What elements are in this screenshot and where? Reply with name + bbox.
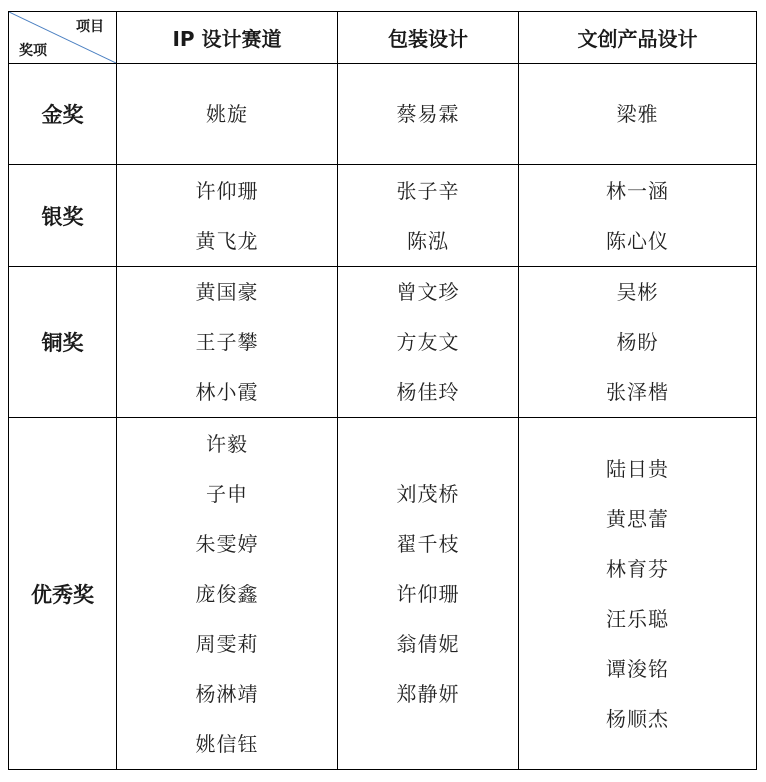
cell-bronze-ip: 黄国豪 王子攀 林小霞 [117,267,338,418]
corner-header-cell: 项目 奖项 [9,12,117,64]
winner-name: 周雯莉 [196,619,259,669]
column-header-cultural: 文创产品设计 [519,12,757,64]
cell-excellent-cultural: 陆日贵 黄思蕾 林育芬 汪乐聪 谭浚铭 杨顺杰 [519,418,757,770]
award-label-gold: 金奖 [9,64,117,165]
winner-name: 黄飞龙 [196,216,259,266]
award-label-excellent: 优秀奖 [9,418,117,770]
winner-name: 许仰珊 [196,166,259,216]
winner-name: 庞俊鑫 [196,569,259,619]
winner-name: 子申 [206,469,248,519]
cell-gold-cultural: 梁雅 [519,64,757,165]
winner-name: 刘茂桥 [397,469,460,519]
table-row-bronze: 铜奖 黄国豪 王子攀 林小霞 曾文珍 方友文 杨佳玲 吴彬 杨盼 张泽楷 [9,267,757,418]
corner-label-award: 奖项 [19,40,47,60]
winner-name: 汪乐聪 [606,594,669,644]
winner-name: 姚信钰 [196,719,259,769]
winner-name: 杨顺杰 [606,694,669,744]
winner-name: 林一涵 [606,166,669,216]
winner-name: 杨佳玲 [397,367,460,417]
cell-bronze-packaging: 曾文珍 方友文 杨佳玲 [338,267,519,418]
cell-silver-packaging: 张子辛 陈泓 [338,165,519,267]
winner-name: 陈泓 [407,216,449,266]
winner-name: 姚旋 [206,89,248,139]
winner-name: 杨淋靖 [196,669,259,719]
winner-name: 方友文 [397,317,460,367]
table-row-excellent: 优秀奖 许毅 子申 朱雯婷 庞俊鑫 周雯莉 杨淋靖 姚信钰 刘茂桥 翟千枝 许仰… [9,418,757,770]
cell-gold-packaging: 蔡易霖 [338,64,519,165]
corner-label-project: 项目 [76,16,104,36]
winner-name: 陈心仪 [606,216,669,266]
column-header-packaging: 包装设计 [338,12,519,64]
table-row-gold: 金奖 姚旋 蔡易霖 梁雅 [9,64,757,165]
winner-name: 杨盼 [617,317,659,367]
winner-name: 谭浚铭 [606,644,669,694]
winner-name: 翁倩妮 [397,619,460,669]
cell-silver-ip: 许仰珊 黄飞龙 [117,165,338,267]
winner-name: 许仰珊 [397,569,460,619]
cell-gold-ip: 姚旋 [117,64,338,165]
cell-excellent-packaging: 刘茂桥 翟千枝 许仰珊 翁倩妮 郑静妍 [338,418,519,770]
award-label-bronze: 铜奖 [9,267,117,418]
column-header-ip: IP 设计赛道 [117,12,338,64]
cell-excellent-ip: 许毅 子申 朱雯婷 庞俊鑫 周雯莉 杨淋靖 姚信钰 [117,418,338,770]
winner-name: 梁雅 [617,89,659,139]
table-row-silver: 银奖 许仰珊 黄飞龙 张子辛 陈泓 林一涵 陈心仪 [9,165,757,267]
winner-name: 翟千枝 [397,519,460,569]
winner-name: 林育芬 [606,544,669,594]
winner-name: 许毅 [206,419,248,469]
winner-name: 朱雯婷 [196,519,259,569]
winner-name: 黄国豪 [196,267,259,317]
winner-name: 黄思蕾 [606,494,669,544]
cell-bronze-cultural: 吴彬 杨盼 张泽楷 [519,267,757,418]
winner-name: 陆日贵 [606,444,669,494]
winner-name: 曾文珍 [397,267,460,317]
header-row: 项目 奖项 IP 设计赛道 包装设计 文创产品设计 [9,12,757,64]
winner-name: 郑静妍 [397,669,460,719]
winner-name: 吴彬 [617,267,659,317]
winner-name: 蔡易霖 [397,89,460,139]
winner-name: 张泽楷 [606,367,669,417]
award-label-silver: 银奖 [9,165,117,267]
winner-name: 王子攀 [196,317,259,367]
cell-silver-cultural: 林一涵 陈心仪 [519,165,757,267]
awards-table: 项目 奖项 IP 设计赛道 包装设计 文创产品设计 金奖 姚旋 蔡易霖 梁雅 银… [8,11,757,770]
winner-name: 张子辛 [397,166,460,216]
winner-name: 林小霞 [196,367,259,417]
